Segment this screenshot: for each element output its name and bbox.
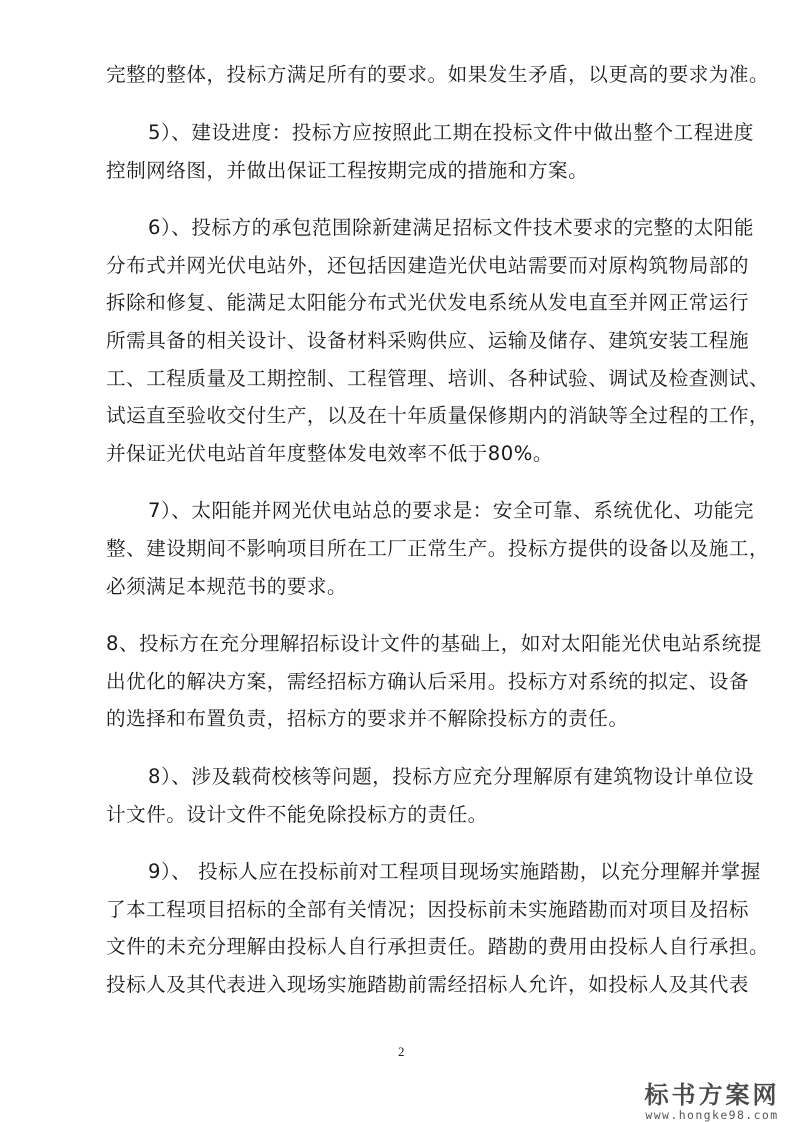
text-line: 整、建设期间不影响项目所在工厂正常生产。投标方提供的设备以及施工， bbox=[106, 534, 706, 564]
text-line: 工、工程质量及工期控制、工程管理、培训、各种试验、调试及检查测试、 bbox=[106, 364, 706, 394]
text-line: 计文件。设计文件不能免除投标方的责任。 bbox=[106, 800, 706, 830]
watermark: 标书方案网 www.hongke98.com bbox=[637, 1082, 787, 1122]
text-line: 9）、 投标人应在投标前对工程项目现场实施踏勘，以充分理解并掌握 bbox=[148, 857, 706, 887]
text-line: 控制网络图，并做出保证工程按期完成的措施和方案。 bbox=[106, 156, 706, 186]
text-line: 所需具备的相关设计、设备材料采购供应、运输及储存、建筑安装工程施 bbox=[106, 326, 706, 356]
text-line: 5）、建设进度：投标方应按照此工期在投标文件中做出整个工程进度 bbox=[148, 118, 706, 148]
text-line: 7）、太阳能并网光伏电站总的要求是：安全可靠、系统优化、功能完 bbox=[148, 496, 706, 526]
text-line: 了本工程项目招标的全部有关情况；因投标前未实施踏勘而对项目及招标 bbox=[106, 895, 706, 925]
page-number: 2 bbox=[398, 1044, 405, 1060]
text-line: 出优化的解决方案，需经招标方确认后采用。投标方对系统的拟定、设备 bbox=[106, 667, 706, 697]
watermark-title: 标书方案网 bbox=[637, 1082, 787, 1108]
text-line: 文件的未充分理解由投标人自行承担责任。踏勘的费用由投标人自行承担。 bbox=[106, 932, 706, 962]
text-line: 必须满足本规范书的要求。 bbox=[106, 572, 706, 602]
text-line: 完整的整体，投标方满足所有的要求。如果发生矛盾，以更高的要求为准。 bbox=[106, 60, 706, 90]
text-line: 并保证光伏电站首年度整体发电效率不低于80%。 bbox=[106, 439, 706, 469]
text-line: 的选择和布置负责，招标方的要求并不解除投标方的责任。 bbox=[106, 704, 706, 734]
text-line: 6）、投标方的承包范围除新建满足招标文件技术要求的完整的太阳能 bbox=[148, 213, 706, 243]
watermark-url: www.hongke98.com bbox=[637, 1108, 787, 1122]
text-line: 分布式并网光伏电站外，还包括因建造光伏电站需要而对原构筑物局部的 bbox=[106, 251, 706, 281]
text-line: 8）、涉及载荷校核等问题，投标方应充分理解原有建筑物设计单位设 bbox=[148, 762, 706, 792]
text-line: 投标人及其代表进入现场实施踏勘前需经招标人允许，如投标人及其代表 bbox=[106, 970, 706, 1000]
text-line: 8、投标方在充分理解招标设计文件的基础上，如对太阳能光伏电站系统提 bbox=[106, 629, 706, 659]
document-page: 完整的整体，投标方满足所有的要求。如果发生矛盾，以更高的要求为准。5）、建设进度… bbox=[0, 0, 793, 1122]
text-line: 拆除和修复、能满足太阳能分布式光伏发电系统从发电直至并网正常运行 bbox=[106, 288, 706, 318]
text-line: 试运直至验收交付生产，以及在十年质量保修期内的消缺等全过程的工作， bbox=[106, 401, 706, 431]
